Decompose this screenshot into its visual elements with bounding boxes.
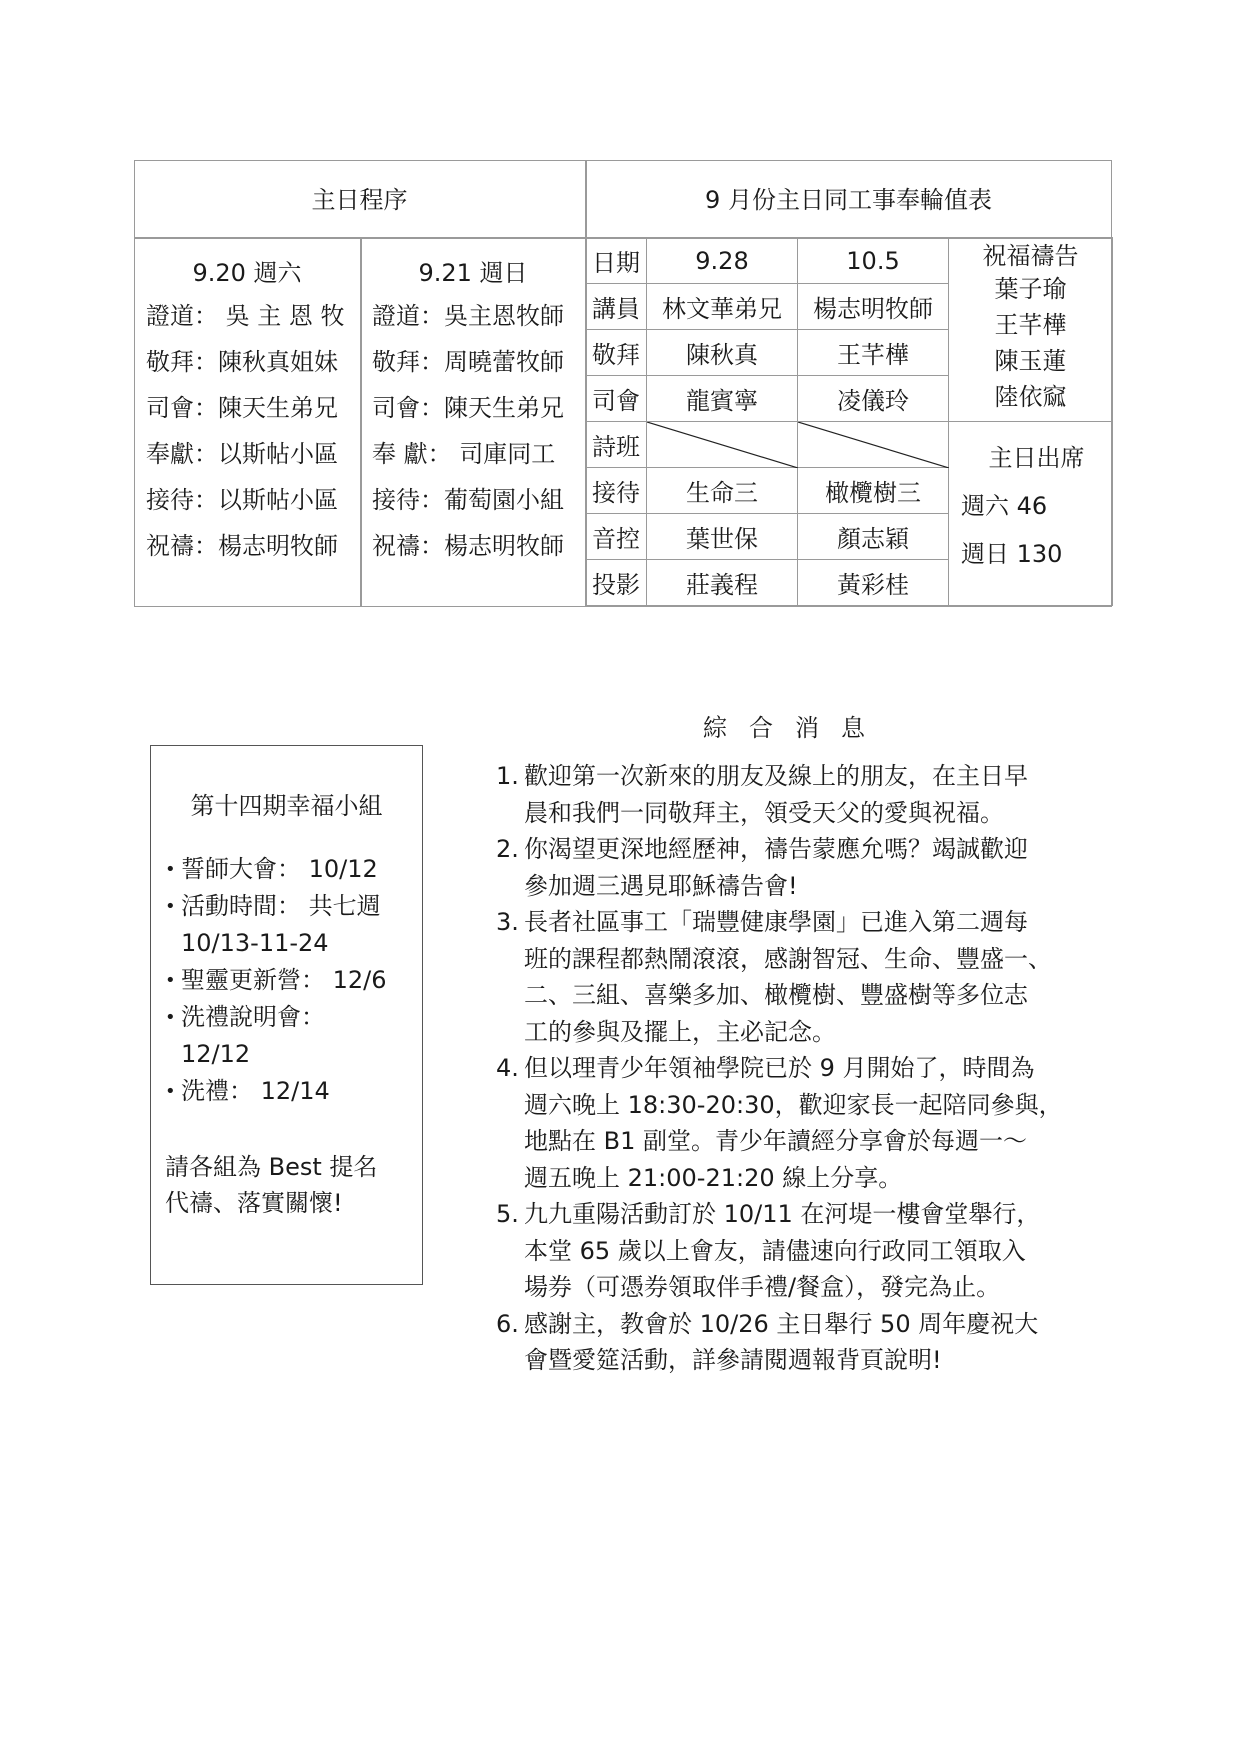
list-item: •洗禮： 12/14 [165,1073,387,1110]
news-item-number: 4. [496,1050,519,1087]
list-item: •活動時間： 共七週 10/13-11-24 [165,888,387,962]
attendance-sunday: 週日 130 [961,540,1112,568]
bullet-icon: • [165,888,176,925]
blessing-prayer-cell: 祝福禱告 葉子瑜 王芊樺 陳玉蓮 陸依窳 [949,238,1113,422]
duty-cell: 顏志穎 [798,514,949,560]
happiness-group-box: 第十四期幸福小組 •誓師大會： 10/12 •活動時間： 共七週 10/13-1… [150,745,423,1285]
service-role: 證道：吳主恩牧師 [360,293,586,339]
service-role: 接待：以斯帖小區 [134,477,360,523]
list-item-text: 洗禮說明會： 12/12 [181,1003,325,1068]
news-item-number: 6. [496,1306,519,1343]
service-date: 9.20 週六 [134,237,360,293]
duty-cell: 橄欖樹三 [798,468,949,514]
news-item: 2.你渴望更深地經歷神，禱告蒙應允嗎？竭誠歡迎 參加週三遇見耶穌禱告會! [490,831,1110,904]
happiness-group-note: 請各組為 Best 提名代禱、落實關懷! [165,1149,395,1221]
service-role: 祝禱：楊志明牧師 [134,523,360,569]
service-role: 奉 獻： 司庫同工 [360,431,586,477]
duty-cell: 黃彩桂 [798,560,949,606]
row-label: 敬拜 [586,330,647,376]
service-sunday: 9.21 週日 證道：吳主恩牧師 敬拜：周曉蕾牧師 司會：陳天生弟兄 奉 獻： … [360,237,586,569]
row-label: 講員 [586,284,647,330]
service-role: 證道： 吳 主 恩 牧 [134,293,360,339]
service-date: 9.21 週日 [360,237,586,293]
duty-cell: 生命三 [647,468,798,514]
blessing-prayer-name: 陳玉蓮 [949,343,1112,379]
attendance-title: 主日出席 [961,444,1112,472]
row-label: 日期 [586,238,647,284]
duty-roster-table: 日期 9.28 10.5 祝福禱告 葉子瑜 王芊樺 陳玉蓮 陸依窳 講員 林文華… [585,237,1113,606]
list-item-text: 誓師大會： 10/12 [181,855,378,883]
bullet-icon: • [165,851,176,888]
service-saturday: 9.20 週六 證道： 吳 主 恩 牧 敬拜：陳秋真姐妹 司會：陳天生弟兄 奉獻… [134,237,360,569]
duty-cell: 楊志明牧師 [798,284,949,330]
list-item: •洗禮說明會： 12/12 [165,999,387,1073]
news-title: 綜合消息 [480,708,1110,743]
duty-cell: 陳秋真 [647,330,798,376]
empty-slash-cell [647,422,798,468]
news-item-text: 歡迎第一次新來的朋友及線上的朋友，在主日早 晨和我們一同敬拜主，領受天父的愛與祝… [524,762,1028,827]
duty-cell: 凌儀玲 [798,376,949,422]
news-item-text: 長者社區事工「瑞豐健康學園」已進入第二週每 班的課程都熱鬧滾滾，感謝智冠、生命、… [524,908,1052,1046]
date-cell: 10.5 [798,238,949,284]
attendance-saturday: 週六 46 [961,492,1112,520]
news-item-text: 感謝主，教會於 10/26 主日舉行 50 周年慶祝大 會暨愛筵活動，詳參請閱週… [524,1310,1038,1375]
service-role: 司會：陳天生弟兄 [360,385,586,431]
service-role: 祝禱：楊志明牧師 [360,523,586,569]
happiness-group-list: •誓師大會： 10/12 •活動時間： 共七週 10/13-11-24 •聖靈更… [165,851,387,1110]
duty-cell: 王芊樺 [798,330,949,376]
news-item: 5.九九重陽活動訂於 10/11 在河堤一樓會堂舉行， 本堂 65 歲以上會友，… [490,1196,1110,1306]
row-label: 詩班 [586,422,647,468]
news-item-number: 3. [496,904,519,941]
service-role: 敬拜：陳秋真姐妹 [134,339,360,385]
duty-cell: 林文華弟兄 [647,284,798,330]
blessing-prayer-name: 王芊樺 [949,307,1112,343]
news-item-number: 5. [496,1196,519,1233]
date-cell: 9.28 [647,238,798,284]
news-item: 1.歡迎第一次新來的朋友及線上的朋友，在主日早 晨和我們一同敬拜主，領受天父的愛… [490,758,1110,831]
service-role: 敬拜：周曉蕾牧師 [360,339,586,385]
blessing-prayer-name: 陸依窳 [949,379,1112,415]
blessing-prayer-name: 葉子瑜 [949,271,1112,307]
blessing-prayer-title: 祝福禱告 [949,241,1112,271]
row-label: 音控 [586,514,647,560]
news-item: 6.感謝主，教會於 10/26 主日舉行 50 周年慶祝大 會暨愛筵活動，詳參請… [490,1306,1110,1379]
empty-slash-cell [798,422,949,468]
news-item: 4.但以理青少年領袖學院已於 9 月開始了，時間為 週六晚上 18:30-20:… [490,1050,1110,1196]
table-row: 詩班 主日出席 週六 46 週日 130 [586,422,1113,468]
list-item-text: 活動時間： 共七週 10/13-11-24 [181,892,381,957]
bullet-icon: • [165,999,176,1036]
news-item-text: 九九重陽活動訂於 10/11 在河堤一樓會堂舉行， 本堂 65 歲以上會友，請儘… [524,1200,1040,1301]
news-item: 3.長者社區事工「瑞豐健康學園」已進入第二週每 班的課程都熱鬧滾滾，感謝智冠、生… [490,904,1110,1050]
service-role: 接待：葡萄園小組 [360,477,586,523]
bullet-icon: • [165,1073,176,1110]
news-item-number: 2. [496,831,519,868]
attendance-cell: 主日出席 週六 46 週日 130 [949,422,1113,606]
row-label: 接待 [586,468,647,514]
duty-cell: 莊義程 [647,560,798,606]
program-header: 主日程序 [134,186,585,214]
diagonal-slash-icon [647,422,798,468]
list-item: •誓師大會： 10/12 [165,851,387,888]
row-label: 司會 [586,376,647,422]
list-item-text: 聖靈更新營： 12/6 [181,966,387,994]
service-role: 司會：陳天生弟兄 [134,385,360,431]
diagonal-slash-icon [798,422,949,468]
row-label: 投影 [586,560,647,606]
bullet-icon: • [165,962,176,999]
happiness-group-title: 第十四期幸福小組 [151,786,422,821]
news-item-text: 你渴望更深地經歷神，禱告蒙應允嗎？竭誠歡迎 參加週三遇見耶穌禱告會! [524,835,1028,900]
duty-cell: 葉世保 [647,514,798,560]
table-row: 日期 9.28 10.5 祝福禱告 葉子瑜 王芊樺 陳玉蓮 陸依窳 [586,238,1113,284]
list-item-text: 洗禮： 12/14 [181,1077,330,1105]
news-list: 1.歡迎第一次新來的朋友及線上的朋友，在主日早 晨和我們一同敬拜主，領受天父的愛… [490,758,1110,1379]
service-role: 奉獻：以斯帖小區 [134,431,360,477]
duty-cell: 龍賓寧 [647,376,798,422]
news-item-number: 1. [496,758,519,795]
news-item-text: 但以理青少年領袖學院已於 9 月開始了，時間為 週六晚上 18:30-20:30… [524,1054,1063,1192]
list-item: •聖靈更新營： 12/6 [165,962,387,999]
duty-roster-header: 9 月份主日同工事奉輪值表 [585,186,1112,214]
